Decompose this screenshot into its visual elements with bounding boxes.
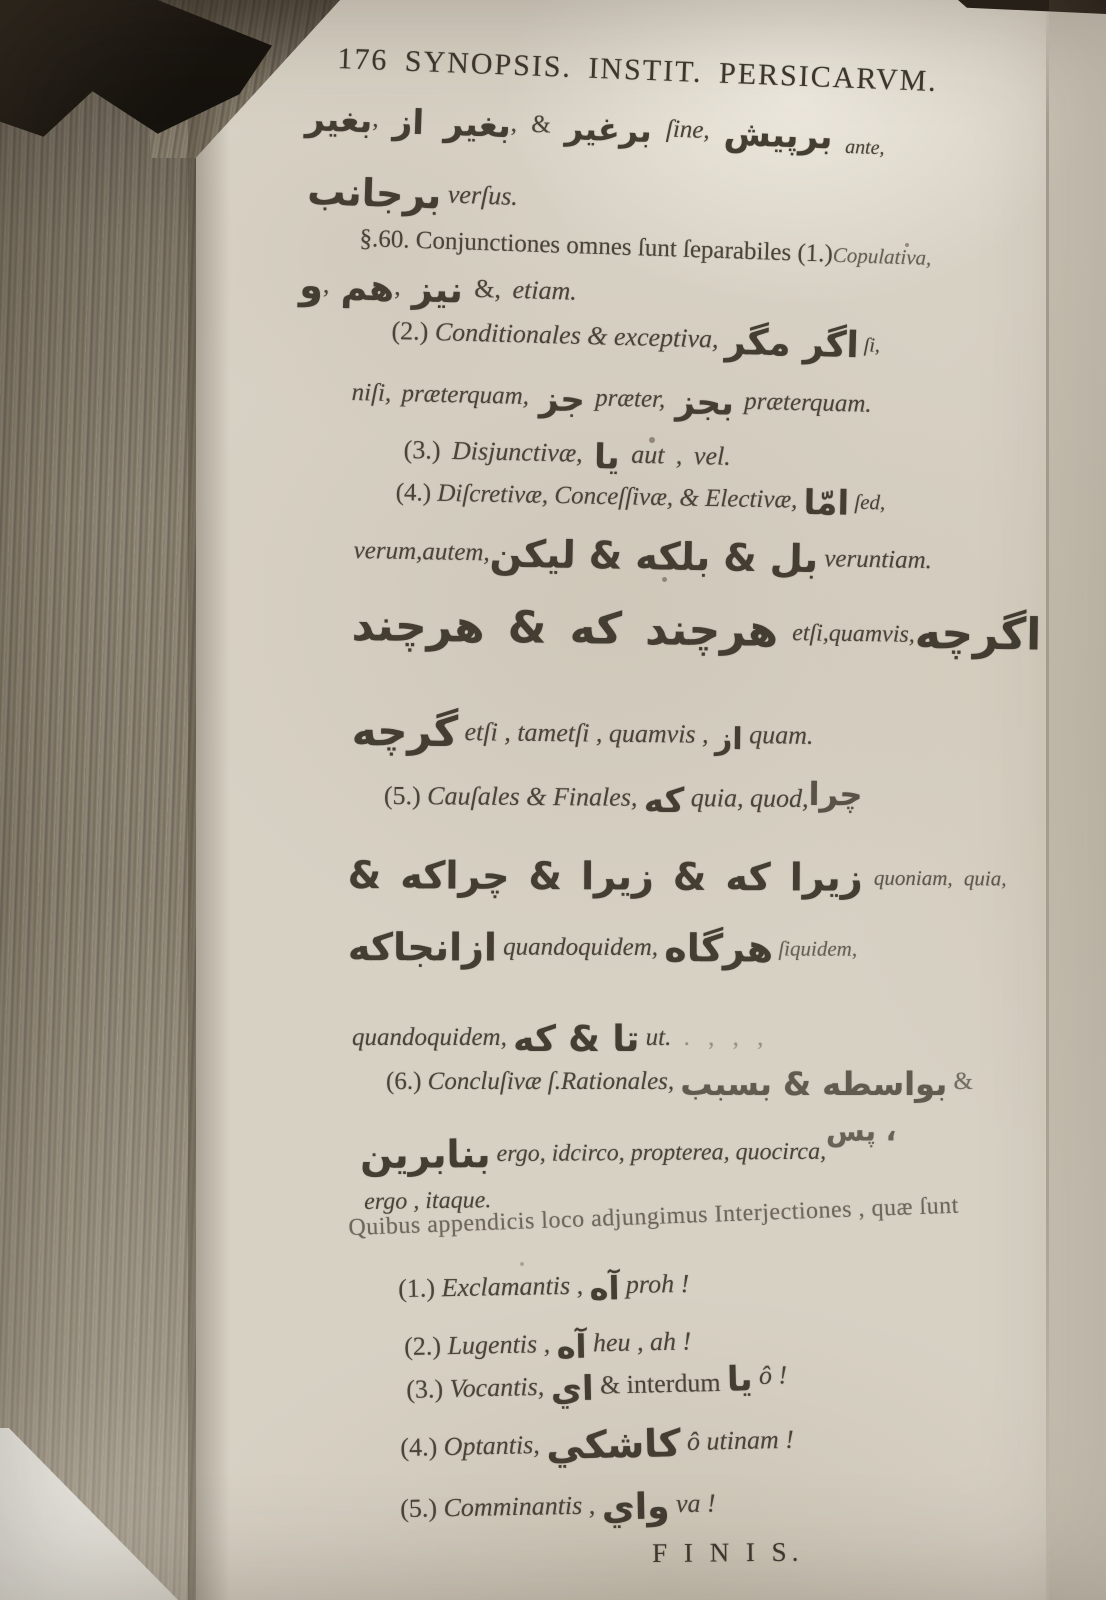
- text-line-4: و, هم, نيز &, etiam.: [299, 266, 577, 313]
- arabic-word: برپيش: [723, 114, 833, 158]
- arabic-word: امّا: [803, 483, 849, 524]
- latin-text: (4.): [395, 479, 437, 507]
- latin-text: præterquam.: [734, 388, 872, 418]
- latin-text: (2.): [391, 316, 435, 346]
- latin-text: quia, quod,: [684, 783, 808, 813]
- arabic-word: هرچند كه & هرچند: [351, 600, 778, 657]
- latin-text: etſi , tametſi , quamvis ,: [458, 717, 715, 749]
- arabic-word: يا: [594, 437, 620, 478]
- latin-text: & interdum: [593, 1368, 727, 1400]
- arabic-word: جز: [539, 379, 586, 420]
- latin-text: Disjunctivæ,: [452, 436, 595, 468]
- finis-line: F I N I S.: [652, 1539, 803, 1567]
- text-line-21: (2.) Lugentis , آه heu , ah !: [404, 1328, 692, 1366]
- latin-text: quoniam, quia,: [863, 866, 1007, 891]
- arabic-word: كه: [644, 781, 685, 821]
- text-line-8: (4.) Diſcretivæ, Conceſſivæ, & Electivæ,…: [395, 478, 885, 521]
- arabic-word: بغير از: [392, 102, 511, 146]
- latin-text: quam.: [743, 720, 814, 750]
- text-line-3: §.60. Conjunctiones omnes ſunt ſeparabil…: [359, 226, 932, 270]
- latin-text: ô !: [752, 1360, 787, 1390]
- latin-text: præter,: [585, 384, 676, 413]
- latin-text: Cauſales & Finales,: [427, 781, 644, 812]
- arabic-word: آه: [556, 1328, 587, 1367]
- latin-text: ô utinam !: [680, 1425, 794, 1456]
- latin-text: heu , ah !: [586, 1326, 691, 1357]
- latin-text: 176 SYNOPSIS. INSTIT. PERSICARVM.: [337, 42, 939, 98]
- latin-text: etiam.: [512, 275, 577, 306]
- text-line-9: verum,autem,بل & بلكه & ليكن veruntiam.: [353, 532, 932, 580]
- arabic-word: بواسطه & بسبب: [680, 1065, 947, 1103]
- arabic-word: يا: [727, 1359, 753, 1400]
- latin-text: Diſcretivæ, Conceſſivæ, & Electivæ,: [437, 480, 804, 514]
- latin-text: aut , vel.: [619, 440, 731, 471]
- arabic-word: و: [299, 263, 324, 308]
- running-header: 176 SYNOPSIS. INSTIT. PERSICARVM.: [337, 44, 939, 97]
- arabic-word: واي: [601, 1486, 669, 1528]
- text-line-20: (1.) Exclamantis , آه proh !: [398, 1271, 690, 1308]
- text-line-10: هرچند كه & هرچند etſi,quamvis,اگرچه: [351, 604, 1041, 658]
- arabic-word: بل & بلكه & ليكن: [489, 531, 818, 581]
- latin-text: &: [947, 1068, 973, 1095]
- arabic-word: گرچه: [352, 706, 459, 756]
- latin-text: Exclamantis ,: [441, 1271, 590, 1303]
- latin-text: va !: [669, 1488, 716, 1518]
- arabic-word: آه: [589, 1269, 620, 1308]
- latin-text: quandoquidem,: [352, 1024, 513, 1051]
- page-text-layer: 176 SYNOPSIS. INSTIT. PERSICARVM.بغير, ب…: [0, 0, 1106, 1600]
- text-line-17: بنابرين ergo, idcirco, propterea, quocir…: [360, 1132, 897, 1174]
- arabic-word: برغير: [564, 109, 652, 150]
- arabic-word: كه: [348, 925, 393, 969]
- text-line-12: (5.) Cauſales & Finales, كه quia, quod,چ…: [384, 782, 863, 819]
- latin-text: . , , ,: [671, 1024, 769, 1051]
- latin-text: (5.): [384, 781, 428, 810]
- arabic-word: هرگاه: [664, 926, 773, 970]
- latin-text: ,: [394, 272, 413, 301]
- latin-text: Optantis,: [443, 1430, 546, 1461]
- latin-text: etſi,quamvis,: [778, 620, 915, 648]
- latin-text: Vocantis,: [449, 1372, 551, 1403]
- latin-text: &,: [462, 274, 513, 304]
- latin-text: F I N I S.: [652, 1537, 804, 1568]
- latin-text: Conditionales & exceptiva,: [435, 317, 726, 354]
- latin-text: (3.): [403, 435, 452, 465]
- latin-text: Comminantis ,: [443, 1490, 602, 1522]
- latin-text: (4.): [400, 1432, 444, 1462]
- arabic-word: تا & كه: [513, 1019, 639, 1060]
- text-line-24: (5.) Comminantis , واي va !: [400, 1488, 716, 1529]
- latin-text: (5.): [400, 1493, 444, 1523]
- arabic-word: برجانب: [307, 169, 442, 217]
- arabic-word: اگر مگر: [724, 322, 859, 366]
- text-line-15: quandoquidem, تا & كه ut. . , , ,: [352, 1022, 769, 1058]
- latin-text: Copulativa,: [832, 243, 931, 270]
- latin-text: Lugentis ,: [447, 1329, 557, 1360]
- text-line-13: زيرا كه & زيرا & چراكه & quoniam, quia,: [348, 856, 1007, 897]
- latin-text: ſine,: [651, 115, 724, 145]
- latin-text: ſi,: [859, 334, 881, 357]
- text-line-2: برجانب verſus.: [307, 172, 519, 217]
- latin-text: Concluſivæ ſ.Rationales,: [428, 1068, 681, 1095]
- latin-text: , &: [510, 110, 565, 139]
- arabic-word: اگرچه: [914, 608, 1041, 661]
- text-line-1: بغير, بغير از, & برغير ſine, برپيش ante,: [305, 102, 886, 156]
- text-line-14: كهازانجا quandoquidem, هرگاه ſiquidem,: [348, 928, 857, 968]
- arabic-word: بنابرين: [360, 1132, 491, 1177]
- latin-text: (3.): [406, 1374, 450, 1404]
- latin-text: veruntiam.: [818, 545, 932, 574]
- latin-text: (1.): [398, 1273, 442, 1303]
- arabic-word: از: [715, 722, 743, 757]
- arabic-word: نيز: [412, 269, 464, 311]
- arabic-word: ازانجا: [393, 925, 497, 969]
- text-line-6: niſi, præterquam, جز præter, بجز præterq…: [351, 378, 872, 424]
- latin-text: proh !: [619, 1269, 689, 1299]
- latin-text: ante,: [832, 135, 885, 159]
- text-line-7: (3.) Disjunctivæ, يا aut , vel.: [403, 436, 731, 477]
- latin-text: verſus.: [441, 179, 518, 211]
- latin-text: ,: [323, 270, 342, 299]
- latin-text: ergo, idcirco, propterea, quocirca,: [490, 1139, 826, 1167]
- arabic-word: كاشكي: [546, 1421, 681, 1468]
- latin-text: (2.): [404, 1331, 448, 1361]
- latin-text: ſiquidem,: [773, 936, 857, 960]
- arabic-word: چرا: [808, 775, 862, 813]
- text-line-23: (4.) Optantis, كاشكي ô utinam !: [400, 1422, 794, 1468]
- latin-text: ut.: [639, 1024, 671, 1051]
- arabic-word: بجز: [675, 382, 734, 423]
- text-line-5: (2.) Conditionales & exceptiva, اگر مگر …: [391, 316, 880, 365]
- arabic-word: ، پس: [826, 1114, 897, 1147]
- arabic-word: بغير: [305, 99, 373, 141]
- arabic-word: هم: [340, 267, 394, 309]
- text-line-16: (6.) Concluſivæ ſ.Rationales, بواسطه & ب…: [386, 1068, 973, 1100]
- latin-text: verum,autem,: [353, 537, 490, 566]
- latin-text: ,: [372, 105, 393, 133]
- arabic-word: اي: [550, 1369, 594, 1410]
- latin-text: niſi, præterquam,: [351, 379, 539, 410]
- book-page-photo: 176 SYNOPSIS. INSTIT. PERSICARVM.بغير, ب…: [0, 0, 1106, 1600]
- latin-text: (6.): [386, 1068, 428, 1095]
- latin-text: quandoquidem,: [497, 934, 664, 962]
- text-line-11: گرچه etſi , tametſi , quamvis , از quam.: [352, 710, 814, 757]
- latin-text: ſed,: [849, 490, 886, 515]
- arabic-word: زيرا كه & زيرا & چراكه &: [348, 853, 863, 900]
- latin-text: §.60. Conjunctiones omnes ſunt ſeparabil…: [359, 225, 833, 268]
- text-line-22: (3.) Vocantis, اي & interdum يا ô !: [406, 1367, 788, 1410]
